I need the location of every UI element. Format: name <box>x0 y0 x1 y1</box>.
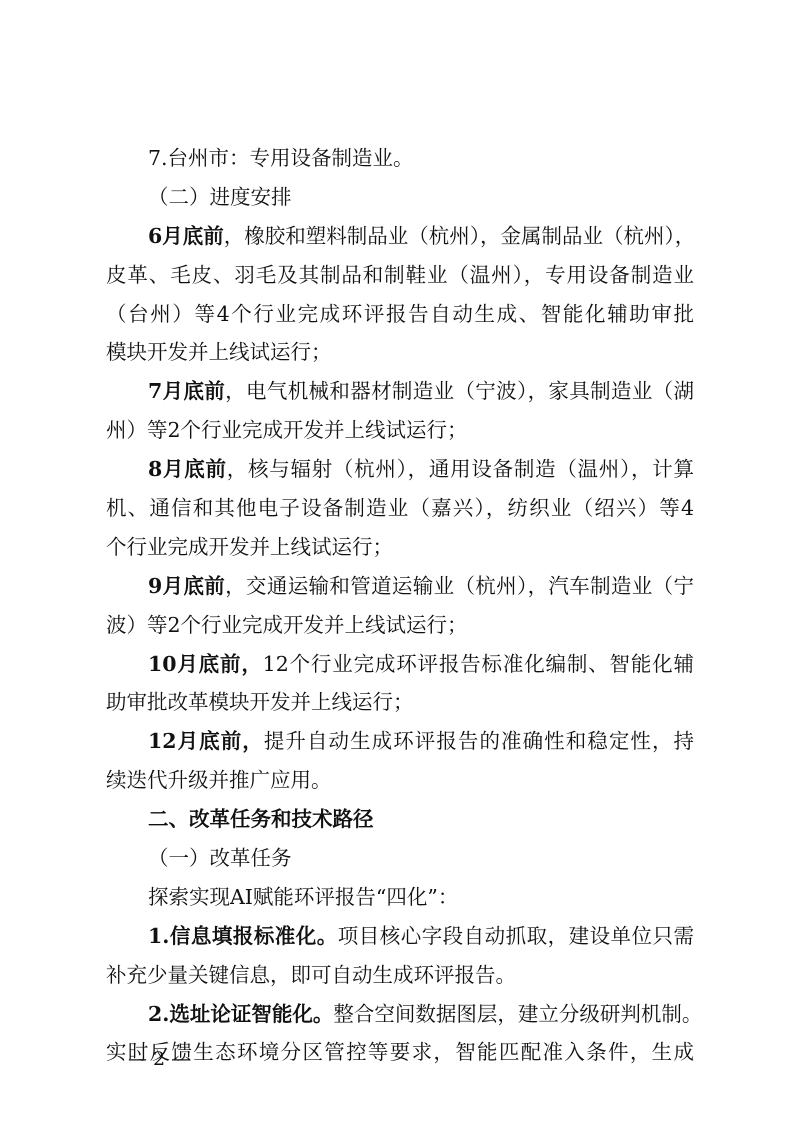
text-line: 机、通信和其他电子设备制造业（嘉兴），纺织业（绍兴）等4 <box>106 489 694 528</box>
lead-term: 9月底前 <box>148 574 225 598</box>
lead-term: 1.信息填报标准化。 <box>148 924 338 948</box>
text-line: 探索实现AI赋能环评报告“四化”： <box>106 878 694 917</box>
lead-term: 7月底前 <box>148 379 225 403</box>
document-page: 7.台州市：专用设备制造业。 （二）进度安排 6月底前，橡胶和塑料制品业（杭州）… <box>106 139 694 1072</box>
lead-term: 10月底前， <box>148 652 263 676</box>
lead-term: 8月底前 <box>148 457 227 481</box>
text-line: 续迭代升级并推广应用。 <box>106 761 694 800</box>
text-line: （台州）等4个行业完成环评报告自动生成、智能化辅助审批 <box>106 295 694 334</box>
subsection-heading: （一）改革任务 <box>106 839 694 878</box>
text-line: 补充少量关键信息，即可自动生成环评报告。 <box>106 956 694 995</box>
lead-term: 12月底前， <box>148 729 264 753</box>
lead-term: 2.选址论证智能化。 <box>148 1002 333 1026</box>
text-line: 模块开发并上线试运行； <box>106 333 694 372</box>
text-line: 实时反馈生态环境分区管控等要求，智能匹配准入条件，生成 <box>106 1033 694 1072</box>
text-line: 12月底前，提升自动生成环评报告的准确性和稳定性，持 <box>106 722 694 761</box>
section-heading: 二、改革任务和技术路径 <box>106 800 694 839</box>
lead-term: 6月底前 <box>148 224 224 248</box>
text-line: 9月底前，交通运输和管道运输业（杭州），汽车制造业（宁 <box>106 567 694 606</box>
text-line: 6月底前，橡胶和塑料制品业（杭州），金属制品业（杭州）， <box>106 217 694 256</box>
text-line: 2.选址论证智能化。整合空间数据图层，建立分级研判机制。 <box>106 995 694 1034</box>
text-line: 波）等2个行业完成开发并上线试运行； <box>106 606 694 645</box>
text-line: 州）等2个行业完成开发并上线试运行； <box>106 411 694 450</box>
page-number: — 2 — <box>128 1048 190 1070</box>
text-line: 7月底前，电气机械和器材制造业（宁波），家具制造业（湖 <box>106 372 694 411</box>
text-line: 10月底前，12个行业完成环评报告标准化编制、智能化辅 <box>106 645 694 684</box>
text-line: 皮革、毛皮、羽毛及其制品和制鞋业（温州），专用设备制造业 <box>106 256 694 295</box>
subsection-heading: （二）进度安排 <box>106 178 694 217</box>
text-line: 助审批改革模块开发并上线运行； <box>106 683 694 722</box>
text-line: 7.台州市：专用设备制造业。 <box>106 139 694 178</box>
text-line: 1.信息填报标准化。项目核心字段自动抓取，建设单位只需 <box>106 917 694 956</box>
text-line: 个行业完成开发并上线试运行； <box>106 528 694 567</box>
text-line: 8月底前，核与辐射（杭州），通用设备制造（温州），计算 <box>106 450 694 489</box>
